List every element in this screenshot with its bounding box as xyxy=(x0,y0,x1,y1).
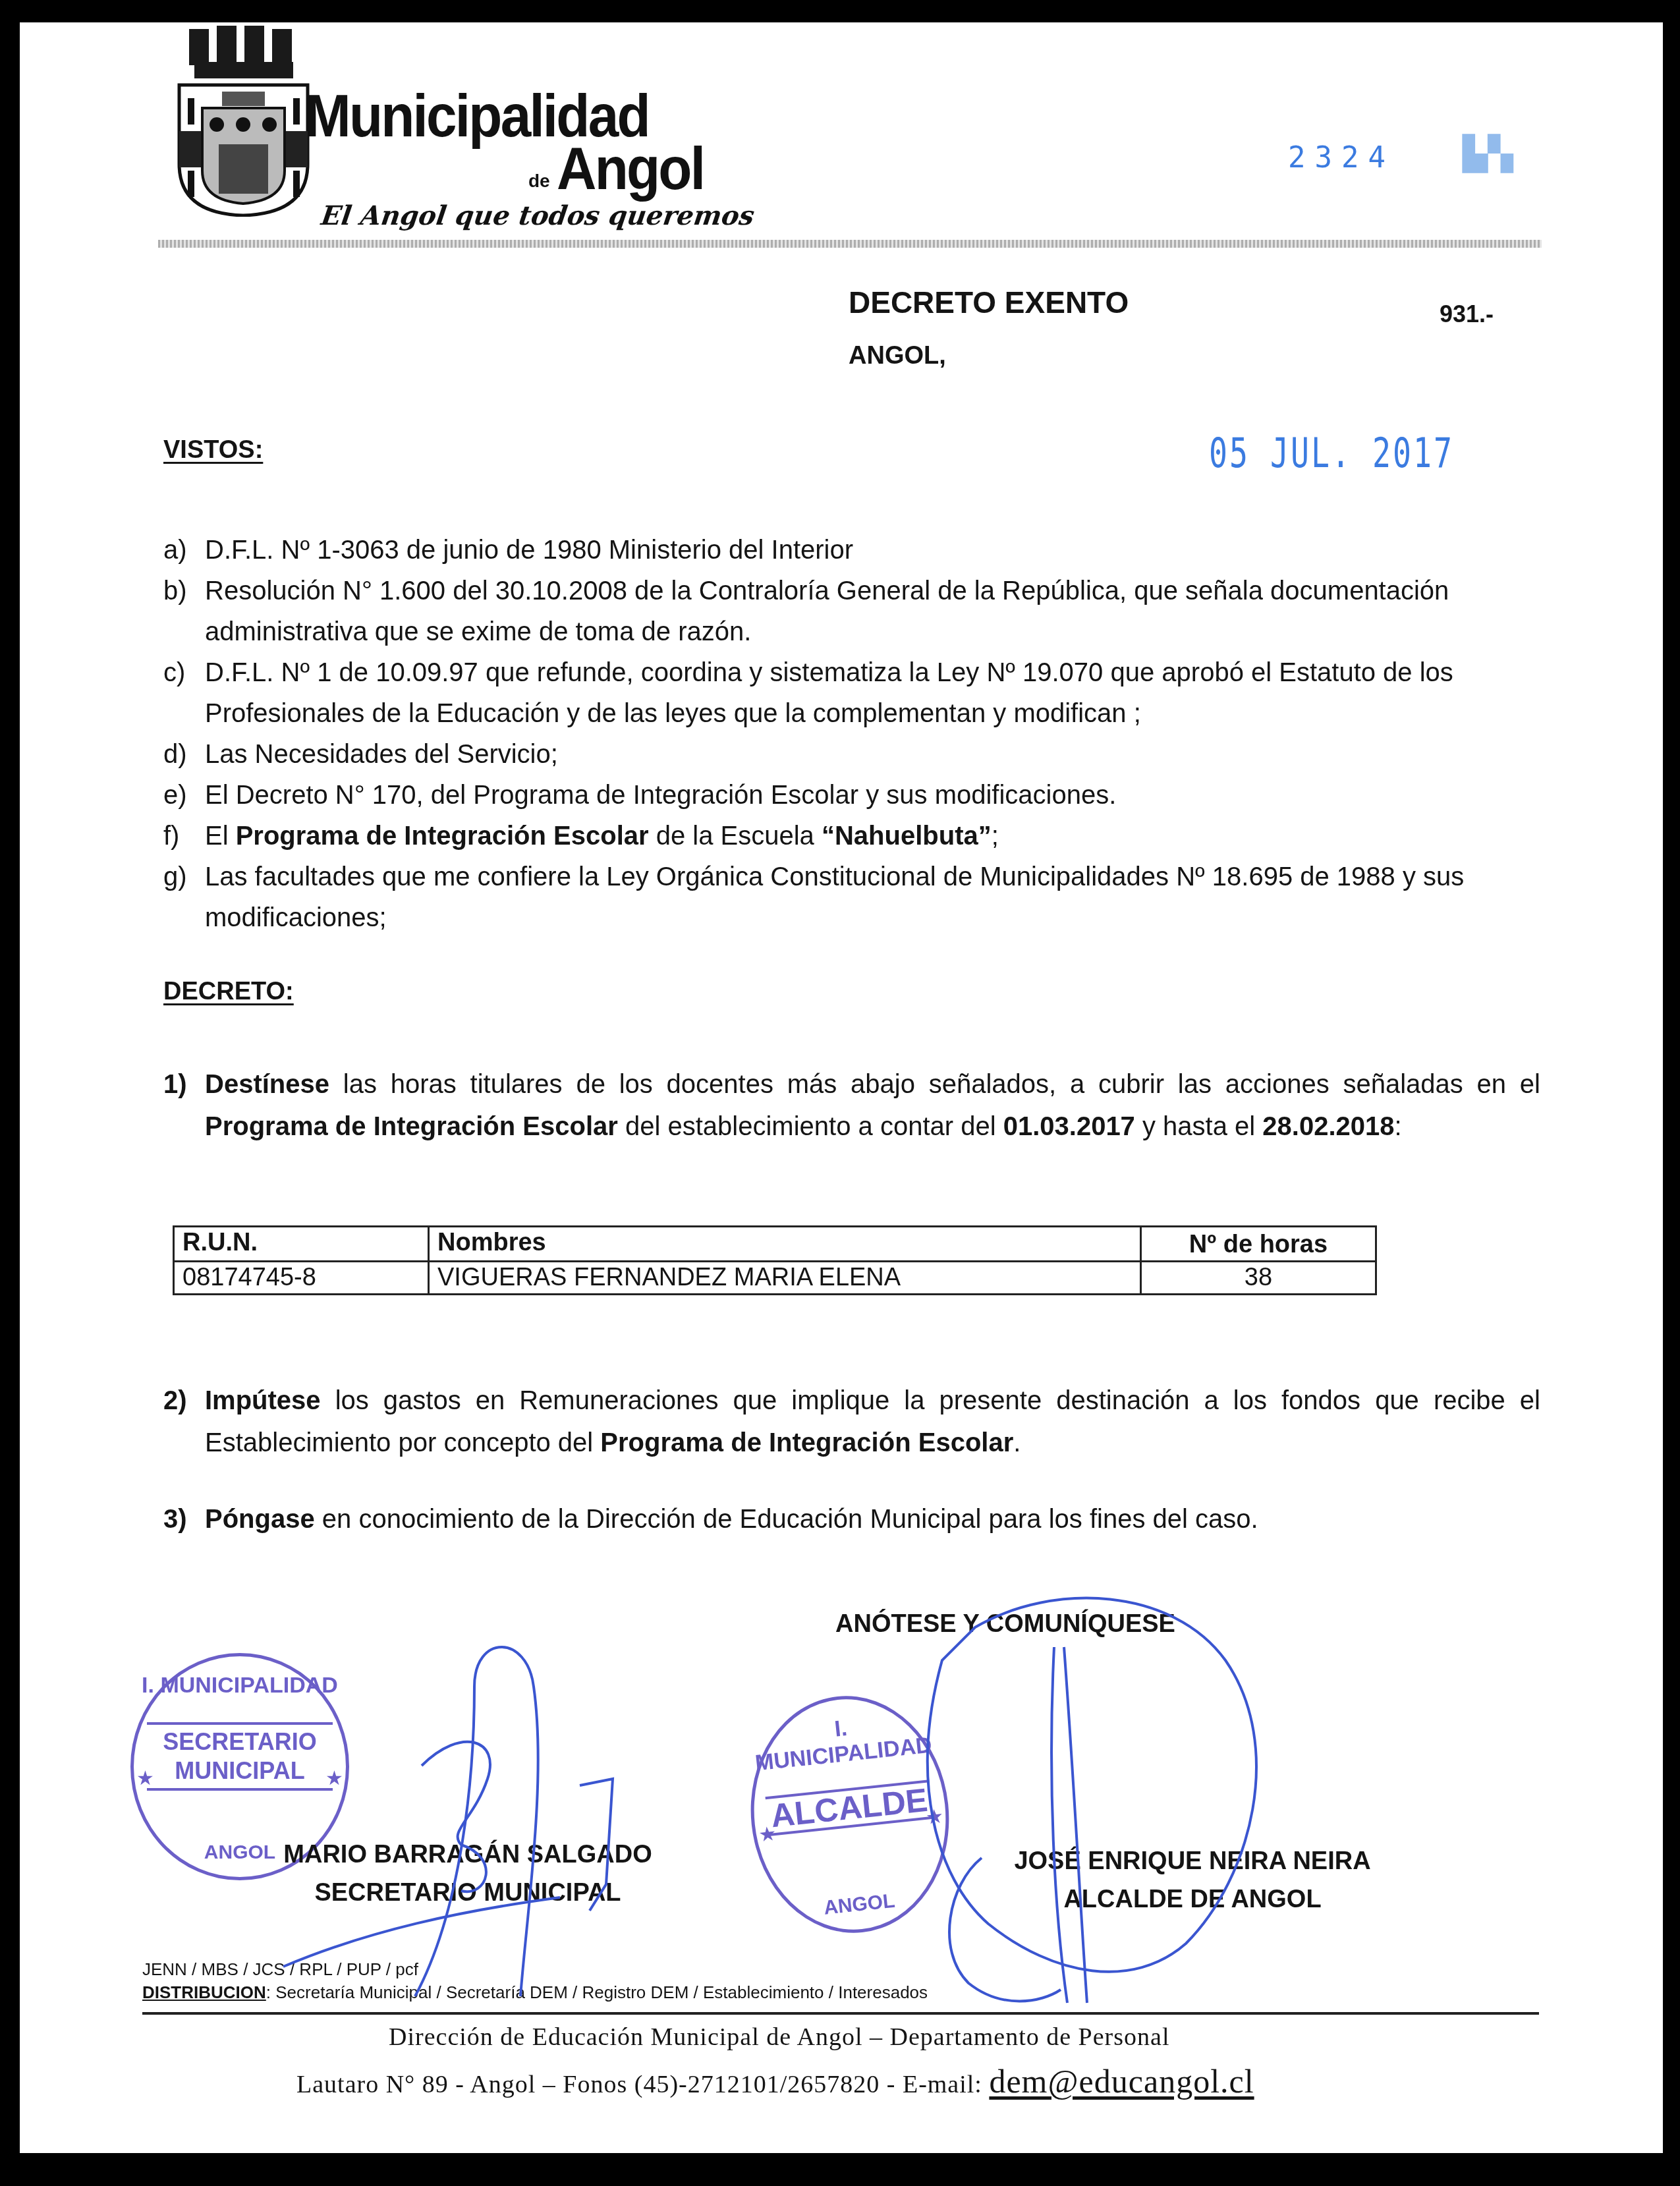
col-horas: Nº de horas xyxy=(1141,1227,1376,1262)
footer-divider xyxy=(142,2012,1539,2015)
text-run: . xyxy=(1013,1428,1021,1457)
list-marker: d) xyxy=(163,734,205,775)
article-text: Impútese los gastos en Remuneraciones qu… xyxy=(205,1380,1540,1464)
list-text: Las Necesidades del Servicio; xyxy=(205,734,1540,775)
article-marker: 1) xyxy=(163,1063,205,1148)
mayor-signature-block: JOSÉ ENRIQUE NEIRA NEIRA ALCALDE DE ANGO… xyxy=(988,1842,1397,1919)
distribution-value: Secretaría Municipal / Secretaría DEM / … xyxy=(275,1982,928,2002)
list-item: b)Resolución N° 1.600 del 30.10.2008 de … xyxy=(163,571,1540,652)
text-run: Póngase xyxy=(205,1505,315,1534)
org-name-line2: Angol xyxy=(557,140,704,199)
seal-middle-text: ALCALDE xyxy=(766,1780,934,1836)
table-header-row: R.U.N. Nombres Nº de horas xyxy=(174,1227,1376,1262)
list-text: D.F.L. Nº 1-3063 de junio de 1980 Minist… xyxy=(205,530,1540,571)
list-text: D.F.L. Nº 1 de 10.09.97 que refunde, coo… xyxy=(205,652,1540,734)
document-number: 931.- xyxy=(1440,300,1494,328)
list-item: c)D.F.L. Nº 1 de 10.09.97 que refunde, c… xyxy=(163,652,1540,734)
secretary-name: MARIO BARRAGÁN SALGADO xyxy=(257,1836,679,1874)
article-1: 1)Destínese las horas titulares de los d… xyxy=(163,1063,1540,1148)
text-run: Impútese xyxy=(205,1386,321,1415)
text-run: Las Necesidades del Servicio; xyxy=(205,740,558,769)
list-marker: a) xyxy=(163,530,205,571)
list-marker: e) xyxy=(163,775,205,816)
cell-run: 08174745-8 xyxy=(174,1262,429,1295)
closing-formula: ANÓTESE Y COMUNÍQUESE xyxy=(835,1610,1175,1639)
text-run: : xyxy=(1395,1112,1402,1141)
text-run: del establecimiento a contar del xyxy=(618,1112,1003,1141)
text-run: D.F.L. Nº 1 de 10.09.97 que refunde, coo… xyxy=(205,658,1453,728)
org-motto: El Angol que todos queremos xyxy=(320,200,756,231)
footer-email-link[interactable]: dem@educangol.cl xyxy=(989,2063,1254,2100)
org-name-de: de xyxy=(528,171,550,192)
register-number-stamp: 2324 xyxy=(1288,141,1395,175)
text-run: de la Escuela xyxy=(649,822,822,851)
mayor-name: JOSÉ ENRIQUE NEIRA NEIRA xyxy=(988,1842,1397,1880)
article-marker: 2) xyxy=(163,1380,205,1464)
footer-contact: Lautaro N° 89 - Angol – Fonos (45)-27121… xyxy=(296,2062,1254,2100)
decreto-heading: DECRETO: xyxy=(163,978,294,1006)
table-row: 08174745-8 VIGUERAS FERNANDEZ MARIA ELEN… xyxy=(174,1262,1376,1295)
municipal-coat-of-arms-icon xyxy=(176,26,314,217)
seal-middle-text: SECRETARIO MUNICIPAL xyxy=(147,1722,333,1791)
text-run: Programa de Integración Escolar xyxy=(600,1428,1013,1457)
vistos-list: a)D.F.L. Nº 1-3063 de junio de 1980 Mini… xyxy=(163,530,1540,938)
text-run: las horas titulares de los docentes más … xyxy=(329,1070,1540,1099)
text-run: Programa de Integración Escolar xyxy=(236,822,649,851)
article-text: Póngase en conocimiento de la Dirección … xyxy=(205,1498,1540,1540)
article-3: 3)Póngase en conocimiento de la Direcció… xyxy=(163,1498,1540,1540)
document-title: DECRETO EXENTO xyxy=(849,285,1129,320)
text-run: y hasta el xyxy=(1135,1112,1262,1141)
footer-address: Lautaro N° 89 - Angol – Fonos (45)-27121… xyxy=(296,2071,989,2098)
list-item: f)El Programa de Integración Escolar de … xyxy=(163,816,1540,856)
secretary-signature-block: MARIO BARRAGÁN SALGADO SECRETARIO MUNICI… xyxy=(257,1836,679,1912)
list-text: Resolución N° 1.600 del 30.10.2008 de la… xyxy=(205,571,1540,652)
seal-bottom-text: ANGOL xyxy=(763,1884,955,1926)
document-page: Municipalidad de Angol El Angol que todo… xyxy=(20,22,1663,2153)
col-run: R.U.N. xyxy=(174,1227,429,1262)
mayor-seal: I. MUNICIPALIDAD ★ ★ ALCALDE ANGOL xyxy=(739,1686,961,1942)
seal-top-text: I. MUNICIPALIDAD xyxy=(134,1673,346,1698)
article-2: 2)Impútese los gastos en Remuneraciones … xyxy=(163,1380,1540,1464)
cell-nombres: VIGUERAS FERNANDEZ MARIA ELENA xyxy=(429,1262,1141,1295)
vistos-heading: VISTOS: xyxy=(163,436,263,464)
text-run: Programa de Integración Escolar xyxy=(205,1112,618,1141)
list-item: e)El Decreto N° 170, del Programa de Int… xyxy=(163,775,1540,816)
text-run: Resolución N° 1.600 del 30.10.2008 de la… xyxy=(205,576,1449,646)
date-stamp: 05 JUL. 2017 xyxy=(1209,429,1454,477)
text-run: El Decreto N° 170, del Programa de Integ… xyxy=(205,781,1116,810)
article-marker: 3) xyxy=(163,1498,205,1540)
seal-top-text: I. MUNICIPALIDAD xyxy=(744,1706,940,1778)
list-text: Las facultades que me confiere la Ley Or… xyxy=(205,856,1540,938)
text-run: Destínese xyxy=(205,1070,329,1099)
list-item: a)D.F.L. Nº 1-3063 de junio de 1980 Mini… xyxy=(163,530,1540,571)
text-run: en conocimiento de la Dirección de Educa… xyxy=(315,1505,1258,1534)
cell-horas: 38 xyxy=(1141,1262,1376,1295)
secretary-role: SECRETARIO MUNICIPAL xyxy=(257,1874,679,1912)
text-run: 01.03.2017 xyxy=(1003,1112,1135,1141)
footer-department: Dirección de Educación Municipal de Ango… xyxy=(389,2023,1169,2052)
list-marker: b) xyxy=(163,571,205,652)
text-run: ; xyxy=(992,822,999,851)
col-nombres: Nombres xyxy=(429,1227,1141,1262)
text-run: Las facultades que me confiere la Ley Or… xyxy=(205,862,1464,932)
text-run: D.F.L. Nº 1-3063 de junio de 1980 Minist… xyxy=(205,536,853,565)
article-text: Destínese las horas titulares de los doc… xyxy=(205,1063,1540,1148)
distribution-label: DISTRIBUCION xyxy=(142,1982,266,2002)
list-marker: c) xyxy=(163,652,205,734)
list-item: g)Las facultades que me confiere la Ley … xyxy=(163,856,1540,938)
teachers-table: R.U.N. Nombres Nº de horas 08174745-8 VI… xyxy=(173,1225,1377,1295)
list-marker: f) xyxy=(163,816,205,856)
list-text: El Programa de Integración Escolar de la… xyxy=(205,816,1540,856)
text-run: El xyxy=(205,822,236,851)
text-run: 28.02.2018 xyxy=(1262,1112,1394,1141)
initials-line: JENN / MBS / JCS / RPL / PUP / pcf xyxy=(142,1959,418,1980)
list-marker: g) xyxy=(163,856,205,938)
header-divider xyxy=(158,240,1542,248)
stamp-smudge-icon: ▙▚ xyxy=(1463,134,1513,173)
text-run: “Nahuelbuta” xyxy=(822,822,992,851)
document-city: ANGOL, xyxy=(849,342,946,370)
distribution-line: DISTRIBUCION: Secretaría Municipal / Sec… xyxy=(142,1982,928,2003)
mayor-role: ALCALDE DE ANGOL xyxy=(988,1880,1397,1919)
list-text: El Decreto N° 170, del Programa de Integ… xyxy=(205,775,1540,816)
list-item: d)Las Necesidades del Servicio; xyxy=(163,734,1540,775)
